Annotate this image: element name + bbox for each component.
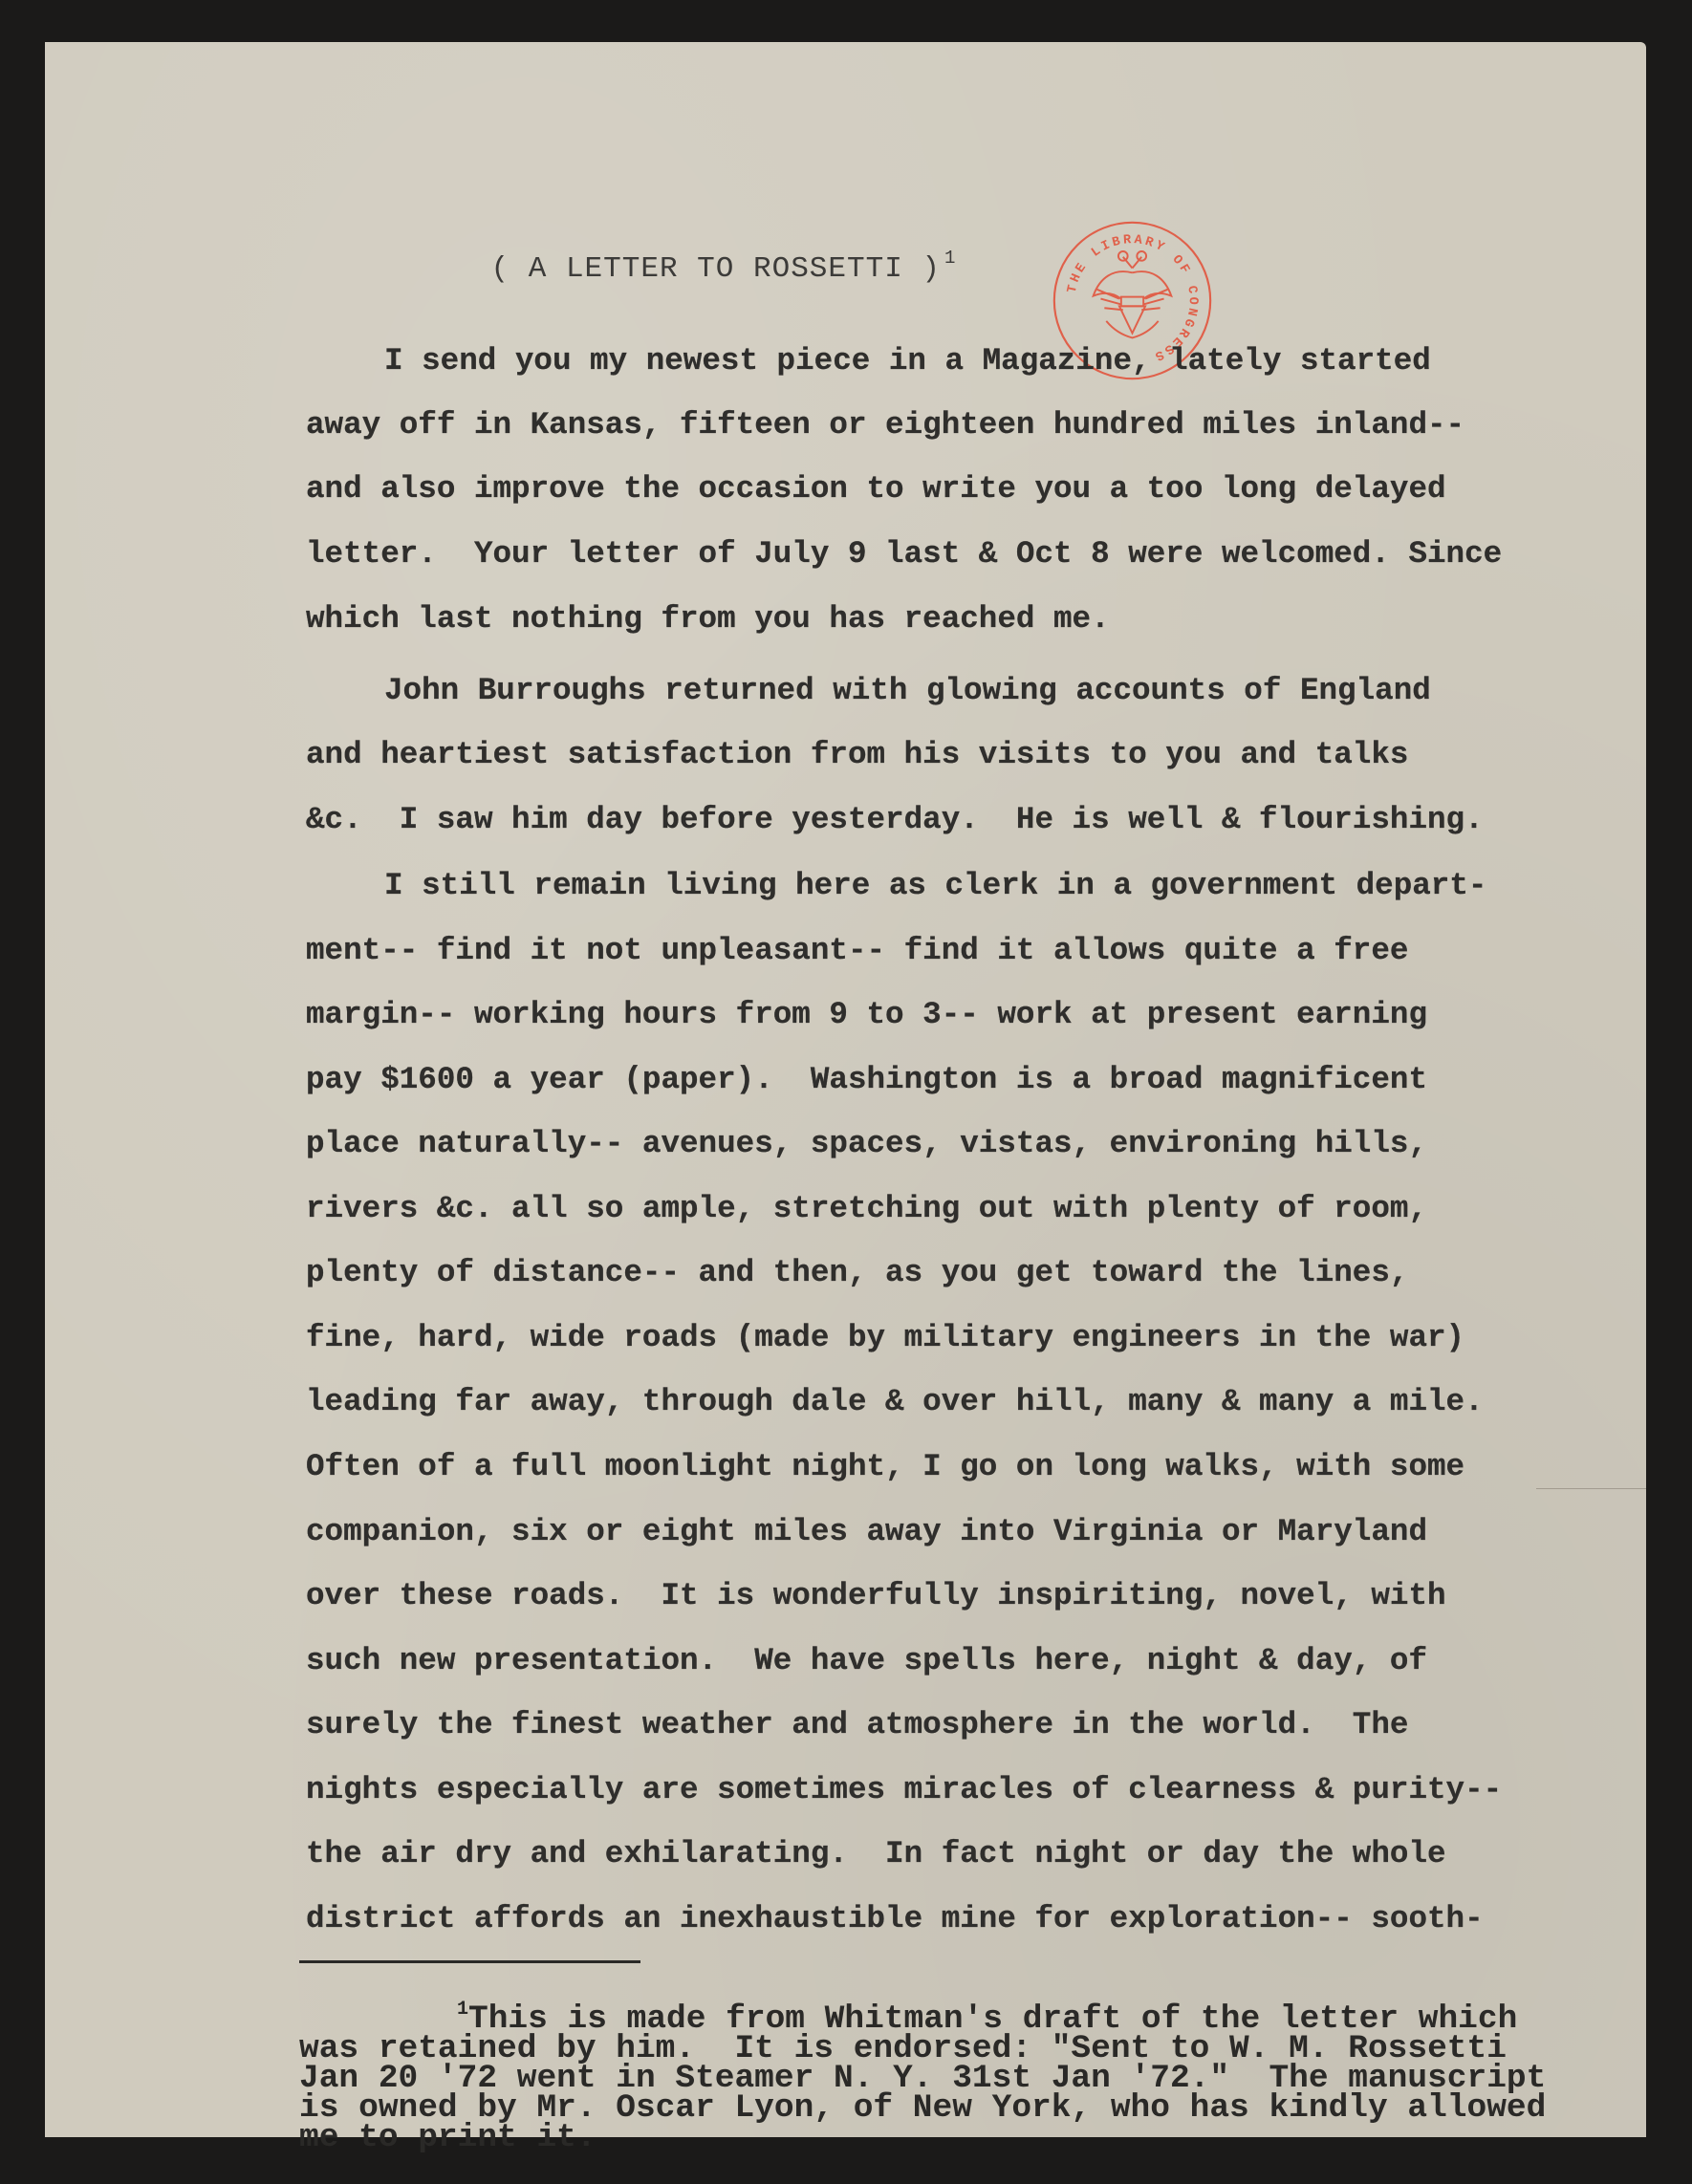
footnote-divider <box>299 1960 640 1963</box>
body-line: nights especially are sometimes miracles… <box>306 1771 1502 1809</box>
body-line: district affords an inexhaustible mine f… <box>306 1900 1484 1938</box>
body-line: which last nothing from you has reached … <box>306 600 1110 638</box>
body-line: such new presentation. We have spells he… <box>306 1642 1427 1680</box>
body-line: &c. I saw him day before yesterday. He i… <box>306 801 1484 839</box>
body-line: leading far away, through dale & over hi… <box>306 1383 1484 1421</box>
body-line: I still remain living here as clerk in a… <box>384 867 1486 905</box>
body-line: John Burroughs returned with glowing acc… <box>384 672 1431 710</box>
body-line: away off in Kansas, fifteen or eighteen … <box>306 406 1464 444</box>
title-footnote-marker[interactable]: 1 <box>944 248 956 269</box>
body-line: margin-- working hours from 9 to 3-- wor… <box>306 996 1427 1034</box>
body-line: over these roads. It is wonderfully insp… <box>306 1577 1446 1615</box>
body-line: the air dry and exhilarating. In fact ni… <box>306 1835 1446 1873</box>
body-line: I send you my newest piece in a Magazine… <box>384 342 1431 380</box>
body-line: letter. Your letter of July 9 last & Oct… <box>306 535 1502 573</box>
footnote-marker: 1 <box>457 1999 468 2021</box>
document-page: ( A LETTER TO ROSSETTI )1 THE LIBRARY OF… <box>45 42 1646 2137</box>
body-line: plenty of distance-- and then, as you ge… <box>306 1254 1408 1292</box>
footnote-line-clipped: me to print it. <box>299 2122 597 2154</box>
body-line: fine, hard, wide roads (made by military… <box>306 1319 1464 1357</box>
body-line: companion, six or eight miles away into … <box>306 1513 1427 1551</box>
title-text: ( A LETTER TO ROSSETTI ) <box>491 252 941 286</box>
body-line: surely the finest weather and atmosphere… <box>306 1706 1408 1744</box>
body-line: and heartiest satisfaction from his visi… <box>306 736 1408 774</box>
body-line: and also improve the occasion to write y… <box>306 470 1446 508</box>
body-line: pay $1600 a year (paper). Washington is … <box>306 1061 1427 1099</box>
paper-seam <box>1536 1488 1646 1489</box>
body-line: place naturally-- avenues, spaces, vista… <box>306 1125 1427 1163</box>
body-line: Often of a full moonlight night, I go on… <box>306 1448 1464 1486</box>
body-line: ment-- find it not unpleasant-- find it … <box>306 932 1408 970</box>
body-line: rivers &c. all so ample, stretching out … <box>306 1190 1427 1228</box>
